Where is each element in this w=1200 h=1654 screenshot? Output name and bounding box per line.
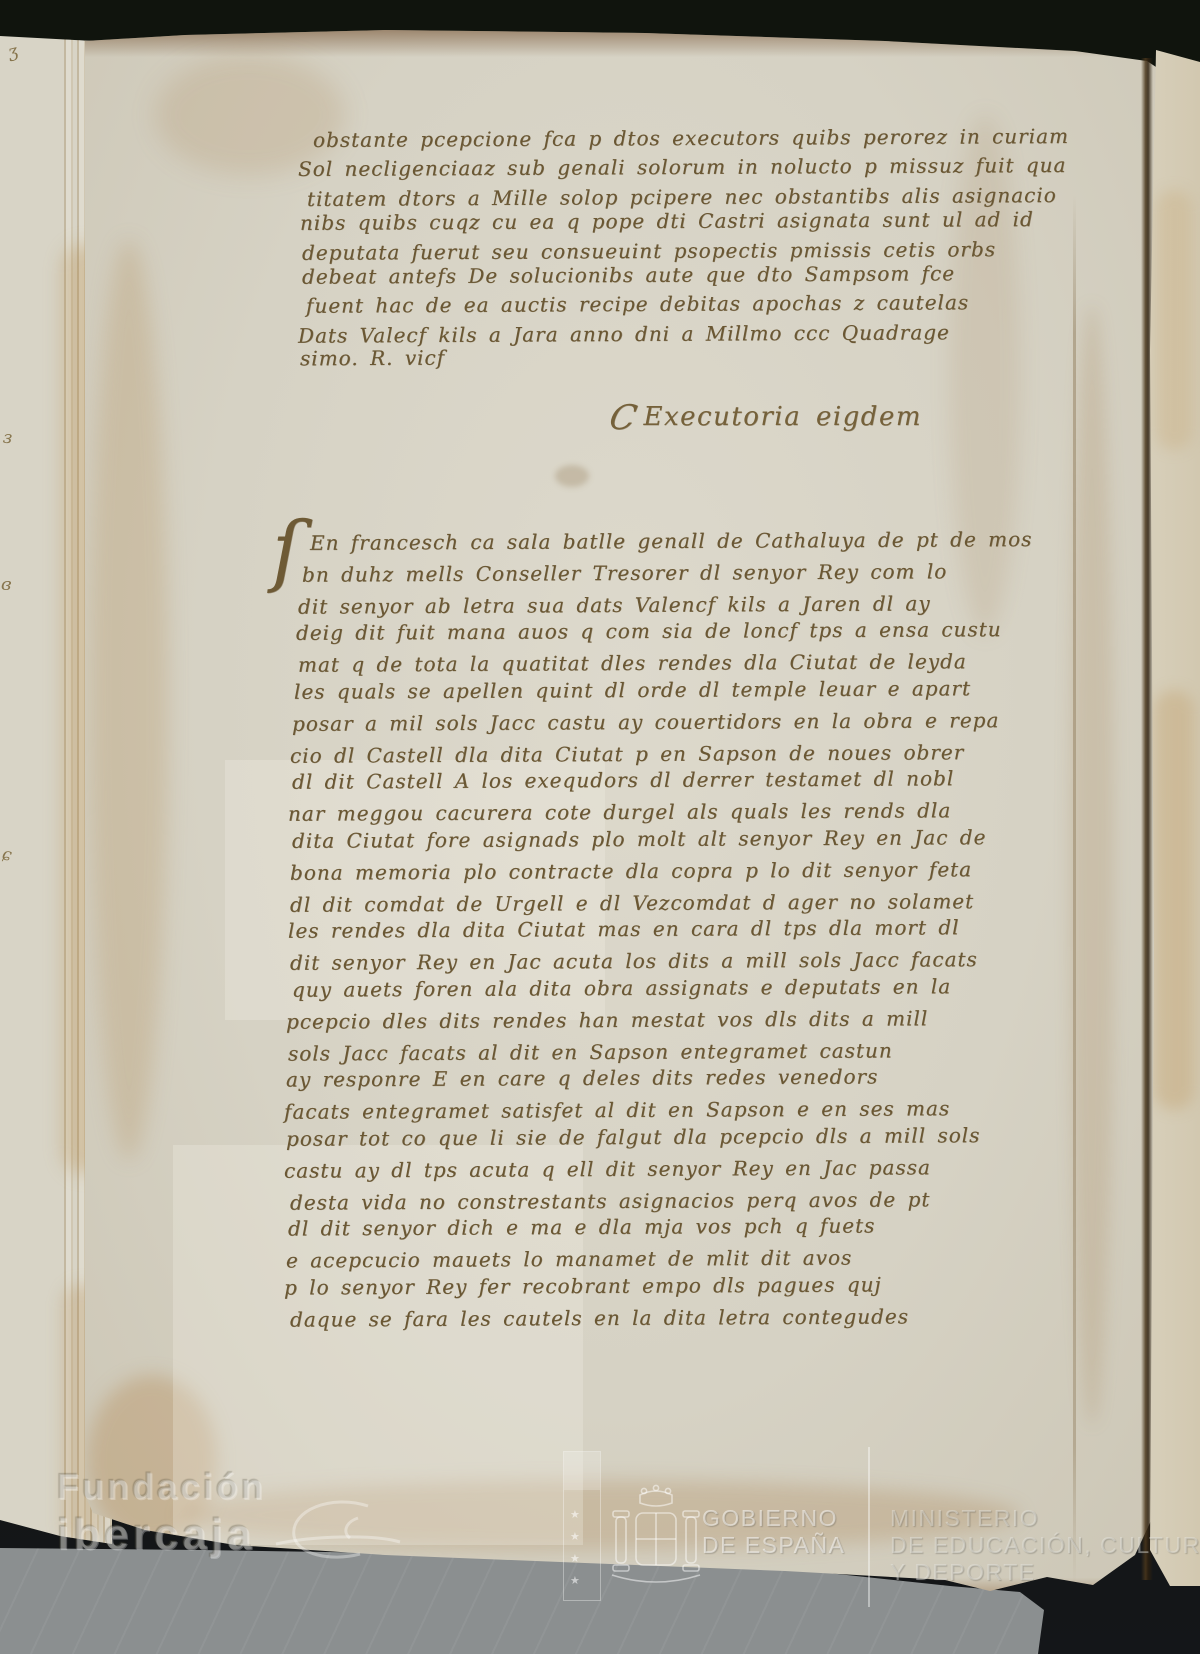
- margin-ink-mark: ʒ: [6, 41, 20, 63]
- handwriting-layer: obstante pcepcione fca p dtos executors …: [0, 0, 1200, 1654]
- star-icon: ★: [570, 1530, 580, 1543]
- initial-flourish: ſ: [272, 512, 301, 590]
- manuscript-line: deputata fuerut seu consueuint psopectis…: [302, 237, 996, 265]
- government-watermark: ★ ★ ★ ★ GOBIERNO DE ESPAÑA MINISTERIO DE…: [560, 1445, 1120, 1620]
- manuscript-line: posar tot co que li sie de falgut dla pc…: [286, 1123, 981, 1151]
- manuscript-line: mat q de tota la quatitat dles rendes dl…: [298, 649, 967, 677]
- gobierno-label: GOBIERNO DE ESPAÑA: [702, 1505, 845, 1559]
- gobierno-line2: DE ESPAÑA: [702, 1532, 845, 1559]
- manuscript-line: ay responre E en care q deles dits redes…: [286, 1065, 878, 1092]
- manuscript-line: castu ay dl tps acuta q ell dit senyor R…: [284, 1155, 931, 1182]
- gobierno-line1: GOBIERNO: [702, 1505, 845, 1532]
- paraph-mark: C: [606, 398, 642, 438]
- star-icon: ★: [570, 1574, 580, 1587]
- manuscript-line: Dats Valecf kils a Jara anno dni a Millm…: [298, 320, 950, 347]
- flag-notch: [564, 1452, 600, 1490]
- manuscript-line: les rendes dla dita Ciutat mas en cara d…: [288, 916, 960, 944]
- flag-icon: ★ ★ ★ ★: [563, 1451, 601, 1601]
- manuscript-line: dl dit senyor dich e ma e dla mja vos pc…: [288, 1214, 875, 1241]
- section-heading: CExecutoria eigdem: [610, 398, 922, 438]
- manuscript-line: dita Ciutat fore asignads plo molt alt s…: [292, 825, 987, 853]
- margin-ink-mark: ɞ: [1, 575, 11, 595]
- margin-ink-mark: ɕ: [0, 844, 13, 865]
- manuscript-line: cio dl Castell dla dita Ciutat p en Saps…: [290, 740, 964, 768]
- manuscript-line: bona memoria plo contracte dla copra p l…: [290, 857, 972, 885]
- manuscript-line: sols Jacc facats al dit en Sapson entegr…: [288, 1038, 893, 1065]
- star-icon: ★: [570, 1508, 580, 1521]
- manuscript-line: quy auets foren ala dita obra assignats …: [292, 974, 951, 1001]
- ibercaja-watermark-line1: Fundación: [57, 1466, 266, 1508]
- manuscript-line: p lo senyor Rey fer recobrant empo dls p…: [284, 1272, 882, 1299]
- manuscript-line: posar a mil sols Jacc castu ay couertido…: [292, 708, 999, 736]
- ministerio-line1: MINISTERIO: [890, 1505, 1200, 1532]
- manuscript-line: desta vida no constrestants asignacios p…: [290, 1187, 931, 1214]
- manuscript-line: facats entegramet satisfet al dit en Sap…: [284, 1096, 950, 1123]
- manuscript-line: pcepcio dles dits rendes han mestat vos …: [286, 1006, 928, 1033]
- ibercaja-swirl-icon: [272, 1492, 404, 1578]
- manuscript-line: dl dit Castell A los exequdors dl derrer…: [292, 767, 954, 794]
- ministerio-label: MINISTERIO DE EDUCACIÓN, CULTURA Y DEPOR…: [890, 1505, 1200, 1586]
- manuscript-line: fuent hac de ea auctis recipe debitas ap…: [306, 291, 969, 318]
- ibercaja-watermark: Fundación ibercaja: [57, 1466, 266, 1560]
- manuscript-line: bn duhz mells Conseller Tresorer dl seny…: [302, 559, 947, 586]
- manuscript-line: nibs quibs cuqz cu ea q pope dti Castri …: [300, 207, 1034, 235]
- margin-ink-mark: з: [2, 428, 13, 449]
- manuscript-line: simo. R. vicf: [300, 346, 445, 371]
- spain-coat-of-arms-icon: [608, 1483, 704, 1595]
- manuscript-line: dl dit comdat de Urgell e dl Vezcomdat d…: [290, 889, 974, 917]
- manuscript-line: dit senyor ab letra sua dats Valencf kil…: [298, 591, 931, 618]
- manuscript-line: Sol necligenciaaz sub genali solorum in …: [298, 153, 1067, 181]
- manuscript-line: debeat antefs De solucionibs aute que dt…: [302, 261, 955, 288]
- manuscript-line: nar meggou cacurera cote durgel als qual…: [288, 798, 951, 825]
- heading-text: Executoria eigdem: [644, 402, 922, 432]
- manuscript-line: deig dit fuit mana auos q com sia de lon…: [296, 618, 1002, 646]
- star-icon: ★: [570, 1552, 580, 1565]
- ibercaja-watermark-line2: ibercaja: [57, 1510, 266, 1560]
- manuscript-line: En francesch ca sala batlle genall de Ca…: [310, 527, 1033, 555]
- manuscript-line: obstante pcepcione fca p dtos executors …: [313, 124, 1069, 152]
- manuscript-line: les quals se apellen quint dl orde dl te…: [294, 676, 971, 704]
- manuscript-line: daque se fara les cautels en la dita let…: [290, 1304, 909, 1331]
- ministerio-line3: Y DEPORTE: [890, 1559, 1200, 1586]
- manuscript-line: dit senyor Rey en Jac acuta los dits a m…: [290, 947, 978, 975]
- watermark-divider: [868, 1447, 870, 1607]
- ministerio-line2: DE EDUCACIÓN, CULTURA: [890, 1532, 1200, 1559]
- manuscript-line: e acepcucio mauets lo manamet de mlit di…: [286, 1246, 852, 1273]
